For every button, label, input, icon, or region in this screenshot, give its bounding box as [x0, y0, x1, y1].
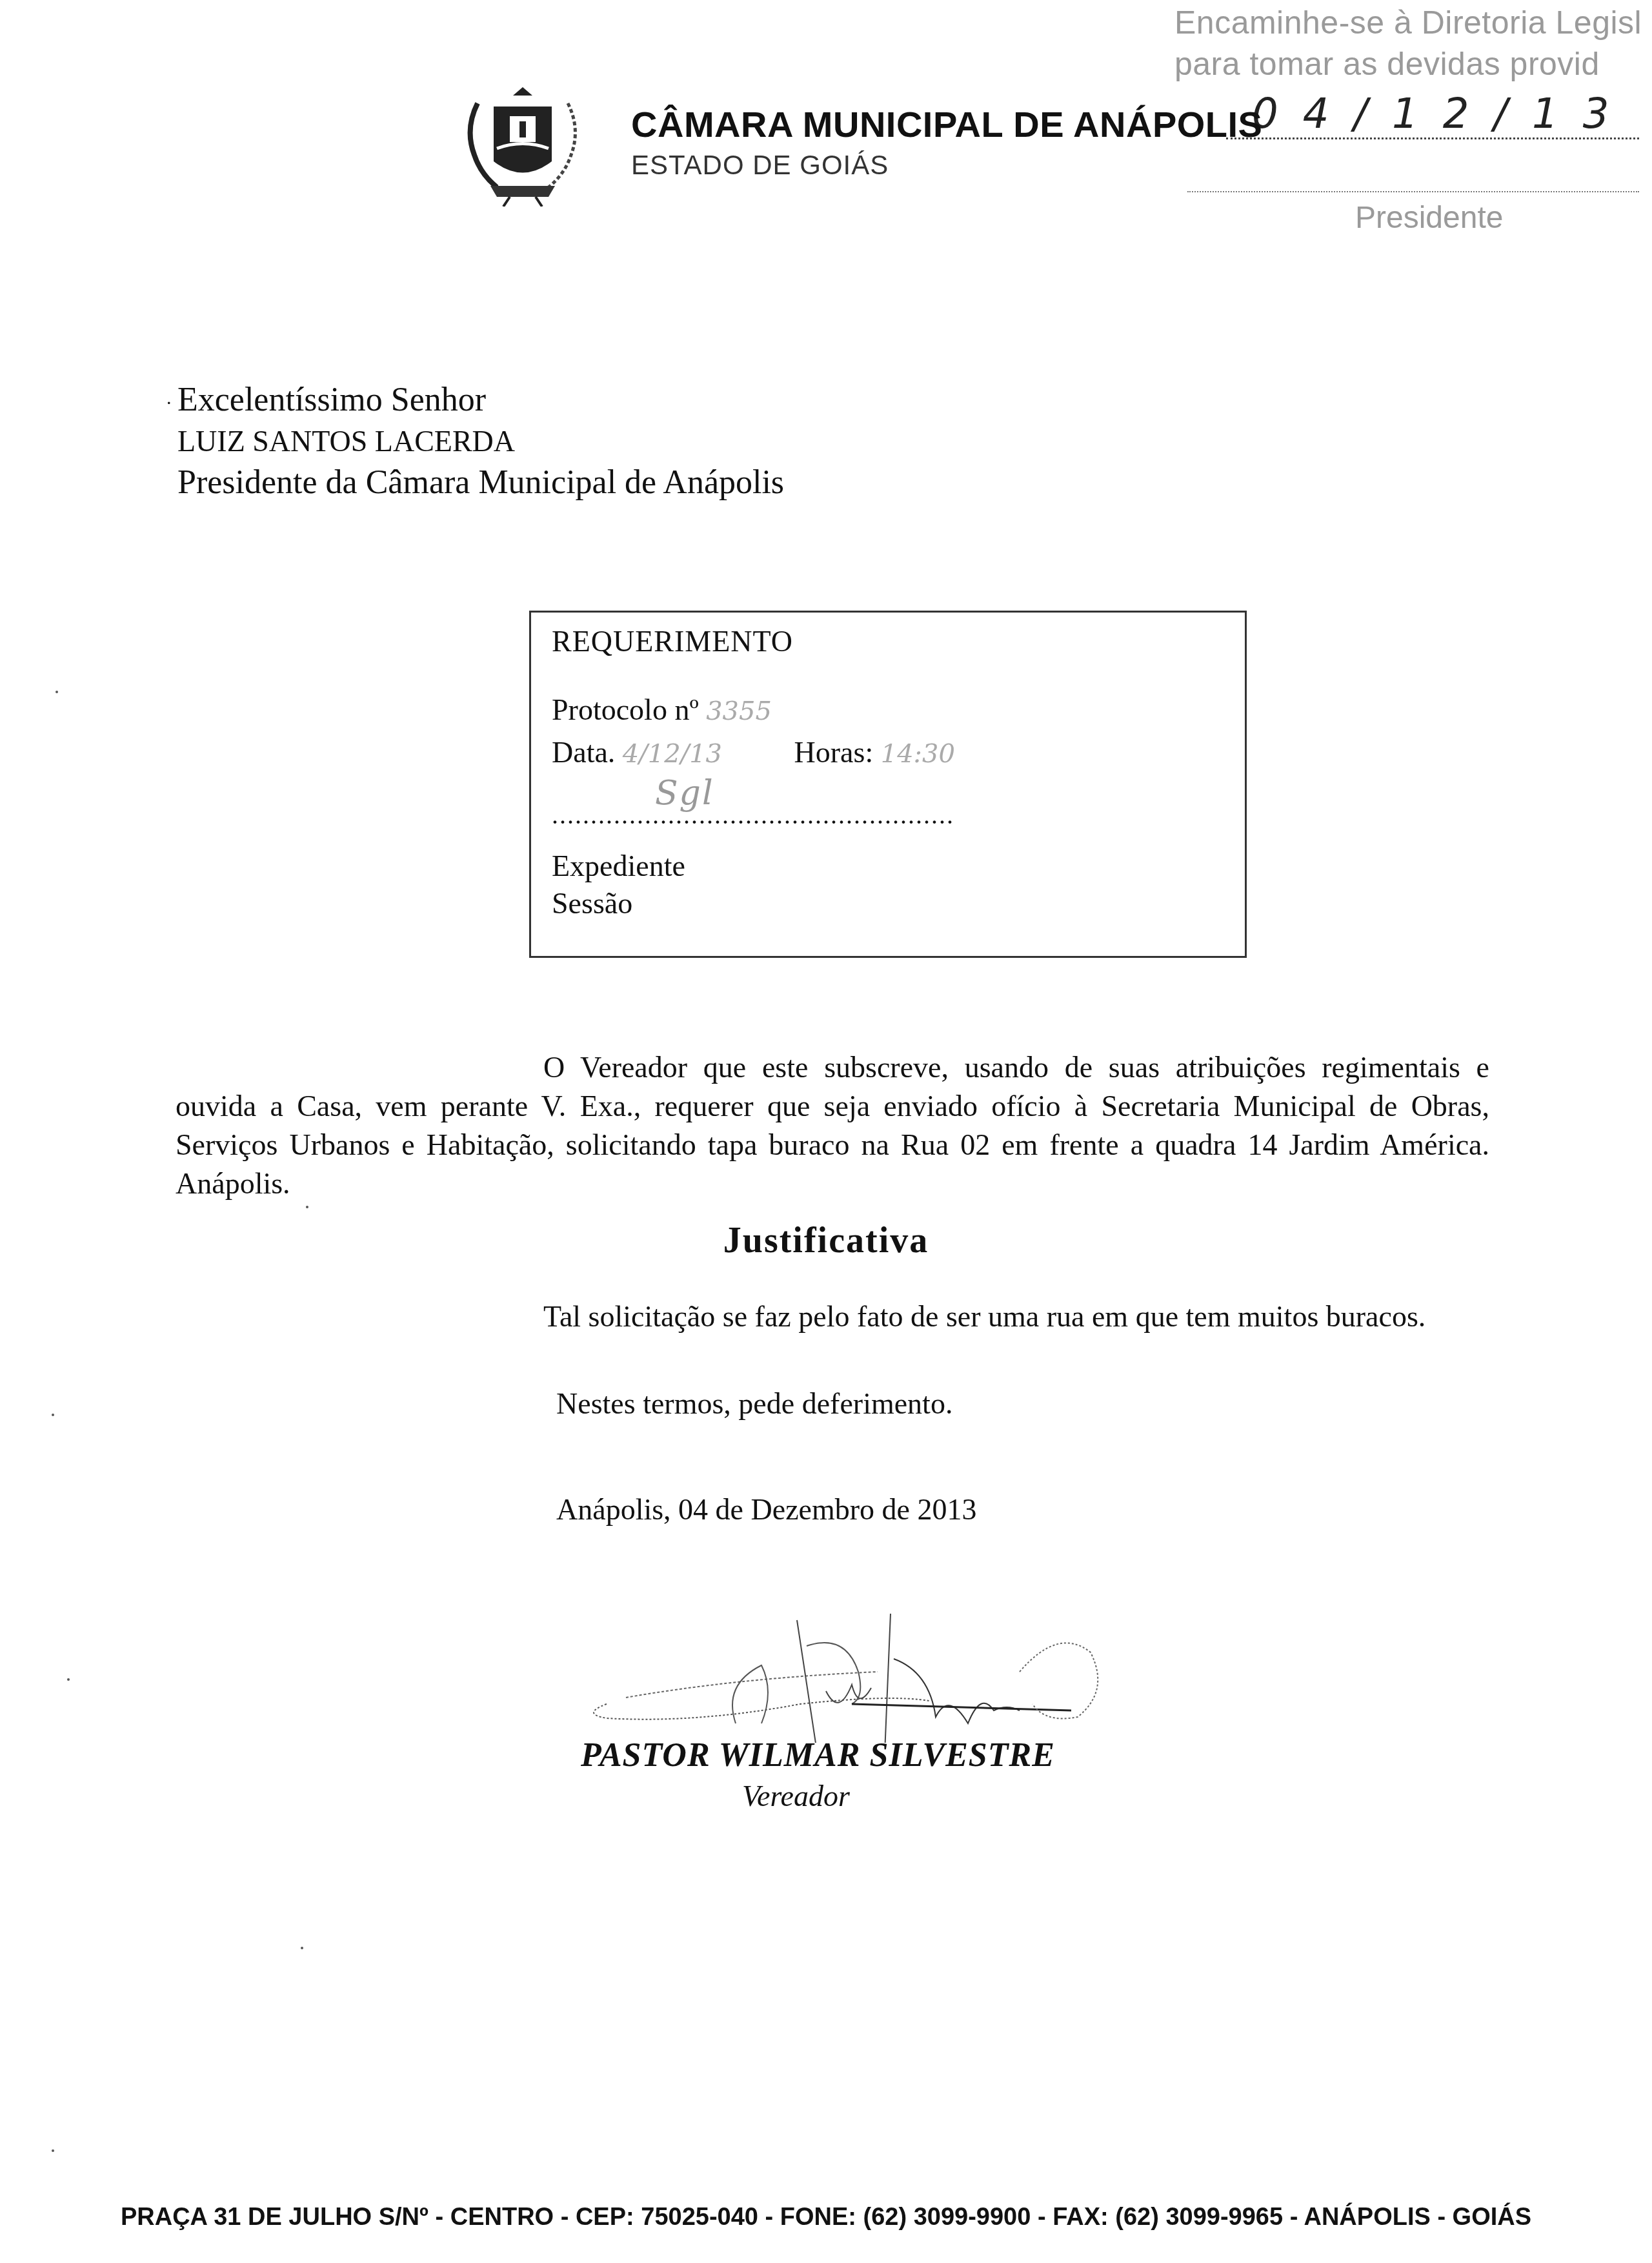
salutation: Excelentíssimo Senhor: [177, 380, 784, 421]
stamp-role: Presidente: [1355, 200, 1503, 236]
request-body: O Vereador que este subscreve, usando de…: [176, 1048, 1489, 1203]
protocol-date-value: 4/12/13: [623, 739, 722, 769]
margin-dot: .: [166, 387, 172, 409]
scan-speck: [52, 1414, 54, 1416]
scan-speck: [301, 1947, 303, 1949]
justification-paragraph: Tal solicitação se faz pelo fato de ser …: [176, 1288, 1489, 1345]
protocol-date-label: Data.: [552, 736, 615, 769]
protocol-initials: Sgl: [655, 774, 714, 813]
sessao-label: Sessão: [552, 886, 632, 920]
closing-request: Nestes termos, pede deferimento.: [556, 1386, 952, 1421]
protocol-number-value: 3355: [706, 696, 772, 726]
stamp-handwritten-date: 04/12/13: [1226, 90, 1639, 139]
request-paragraph: O Vereador que este subscreve, usando de…: [176, 1048, 1489, 1203]
addressee-name: LUIZ SANTOS LACERDA: [177, 421, 784, 462]
scan-speck: [52, 2149, 54, 2152]
expediente-label: Expediente: [552, 849, 685, 883]
org-name: CÂMARA MUNICIPAL DE ANÁPOLIS: [631, 103, 1262, 145]
stamp-instruction-line2: para tomar as devidas provid: [1174, 45, 1600, 83]
stamp-signature-line: [1187, 191, 1639, 192]
justification-body: Tal solicitação se faz pelo fato de ser …: [176, 1288, 1489, 1345]
protocol-hours-value: 14:30: [881, 739, 955, 769]
justification-title: Justificativa: [0, 1220, 1652, 1261]
protocol-hours-label: Horas:: [794, 736, 874, 769]
org-state: ESTADO DE GOIÁS: [631, 150, 889, 181]
scan-speck: [67, 1678, 70, 1681]
scan-speck: [306, 1206, 308, 1208]
coat-of-arms-icon: [458, 77, 587, 207]
footer-address: PRAÇA 31 DE JULHO S/Nº - CENTRO - CEP: 7…: [0, 2204, 1652, 2231]
protocol-box: REQUERIMENTO Protocolo nº 3355 Data. 4/1…: [529, 611, 1247, 958]
signer-role: Vereador: [742, 1779, 850, 1813]
handwritten-signature-icon: [568, 1575, 1265, 1743]
place-date: Anápolis, 04 de Dezembro de 2013: [556, 1492, 977, 1527]
signer-name: PASTOR WILMAR SILVESTRE: [581, 1736, 1055, 1774]
addressee-title: Presidente da Câmara Municipal de Anápol…: [177, 462, 784, 503]
addressee-block: Excelentíssimo Senhor LUIZ SANTOS LACERD…: [177, 380, 784, 503]
protocol-number-row: Protocolo nº 3355: [552, 693, 772, 727]
scan-speck: [55, 691, 58, 693]
protocol-date-row: Data. 4/12/13 Horas: 14:30: [552, 735, 955, 769]
dotted-line: ........................................…: [552, 800, 954, 829]
protocol-box-title: REQUERIMENTO: [552, 624, 793, 658]
protocol-number-label: Protocolo nº: [552, 693, 699, 726]
letterhead: CÂMARA MUNICIPAL DE ANÁPOLIS ESTADO DE G…: [458, 71, 1233, 213]
stamp-instruction-line1: Encaminhe-se à Diretoria Legisl: [1174, 4, 1642, 41]
protocol-signature-line: ........................................…: [552, 800, 954, 830]
